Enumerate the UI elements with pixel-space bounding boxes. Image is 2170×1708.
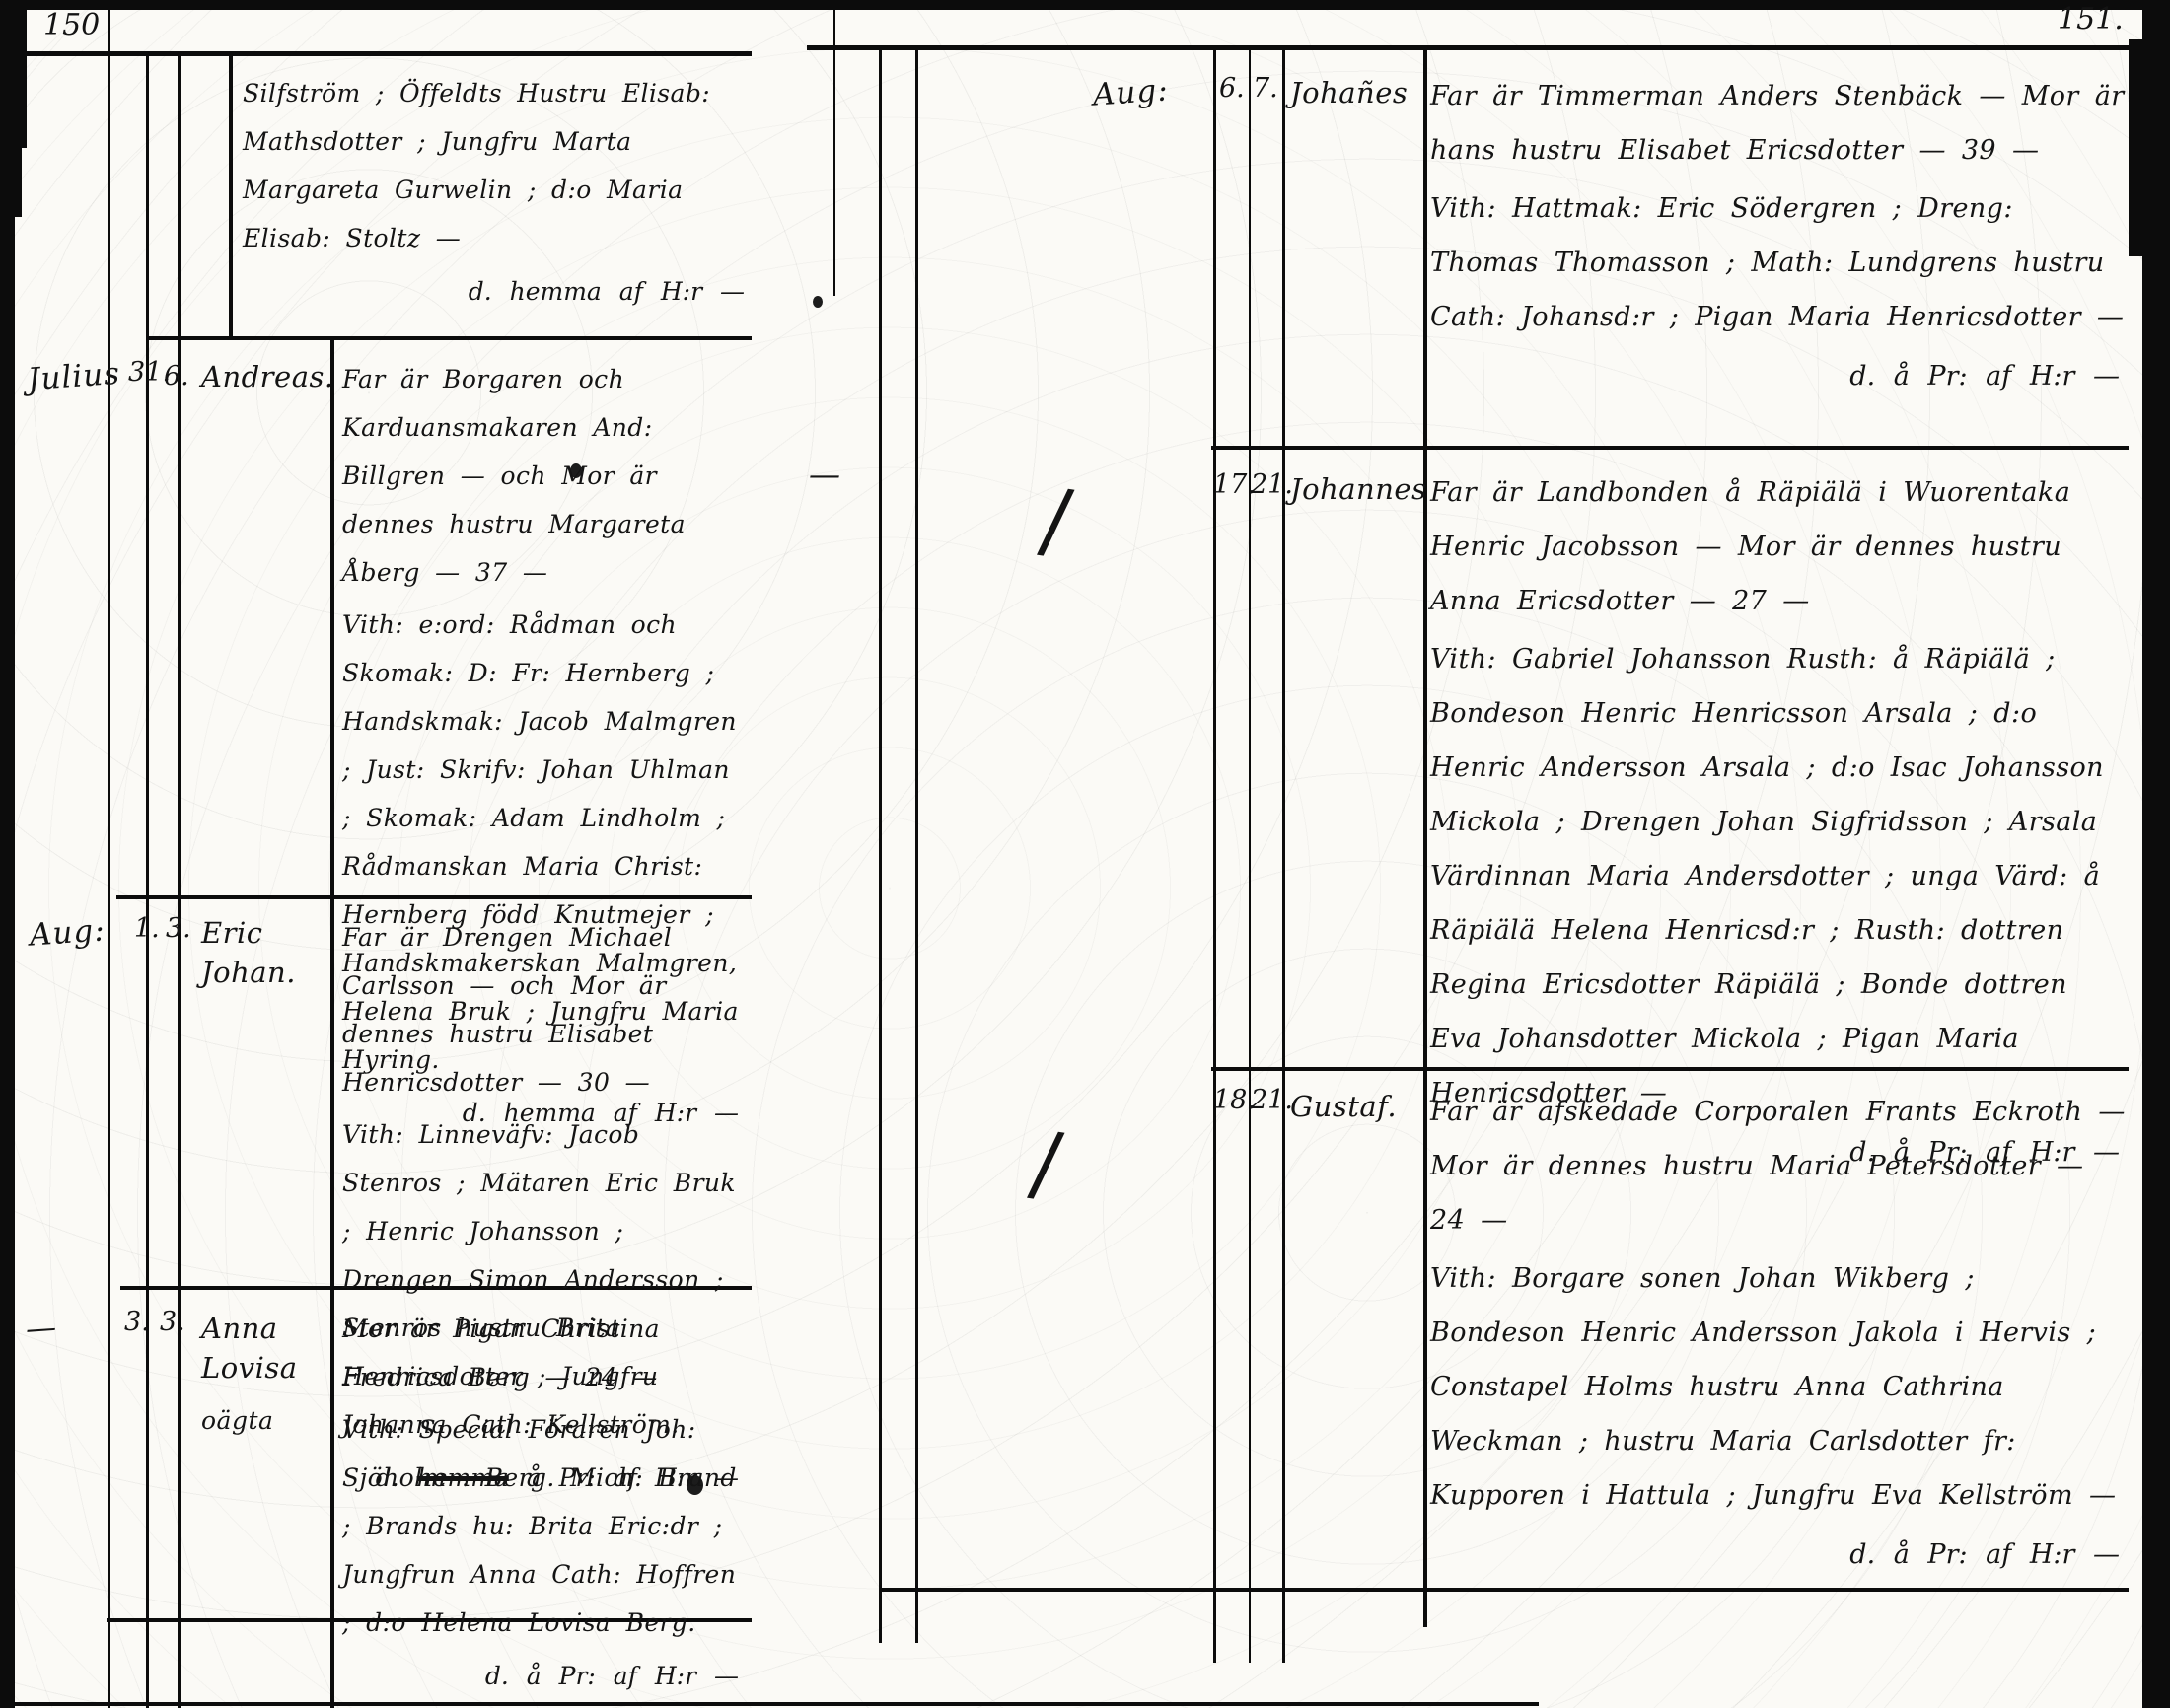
entry-parents: Far är afskedade Corporalen Frants Eckro… <box>1430 1085 2126 1247</box>
register-entry: — ∕ 17. 21. Johannes Far är Landbonden å… <box>807 456 2134 1067</box>
entry-month: Aug: <box>1092 72 1170 112</box>
entry-child-name: Johañes <box>1290 73 1423 126</box>
entry-baptism-day: 3. <box>160 1307 185 1337</box>
entry-child-name: Eric Johan. <box>201 913 339 1006</box>
entry-body: Far är Timmerman Anders Stenbäck — Mor ä… <box>1430 69 2126 405</box>
baptism-note: d. å Pr: af H:r — <box>1430 348 2126 405</box>
baptism-note: d. å Pr: af H:r — <box>342 1651 745 1702</box>
entry-baptism-day: 7. <box>1253 73 1278 104</box>
page-number-right: 151. <box>2058 2 2124 36</box>
entry-month: Julius <box>27 356 121 397</box>
scan-edge-left-blob2 <box>0 0 22 217</box>
entry-parents: Far är Landbonden å Räpiälä i Wuorentaka… <box>1430 465 2126 628</box>
entry-witnesses: Vith: Special Föraren Joh: Sjöholm . Ber… <box>342 1405 745 1647</box>
entry-witnesses: Vith: Borgare sonen Johan Wikberg ; Bond… <box>1430 1251 2126 1523</box>
scan-edge-left <box>0 0 15 1708</box>
entry-child-name: Anna Lovisa oägta <box>201 1309 339 1441</box>
entry-birth-day: 1. <box>134 913 160 944</box>
entry-child-name: Gustaf. <box>1290 1087 1423 1140</box>
entry-body: Mor är Pigan Christina Fredrica Berg — 2… <box>342 1305 745 1702</box>
register-entry: Aug: 1. 3. Eric Johan. Far är Drengen Mi… <box>20 905 752 1288</box>
scan-edge-top <box>0 0 2170 10</box>
entry-birth-day: 17. <box>1213 469 1256 500</box>
page-number-left: 150 <box>43 8 100 42</box>
entry-birth-day: 3. <box>124 1307 150 1337</box>
baptism-note: d. å Pr: af H:r — <box>1430 1527 2126 1584</box>
entry-child-name: Andreas. <box>201 357 339 410</box>
entry-parents: Far är Drengen Michael Carlsson — och Mo… <box>342 913 745 1106</box>
baptism-note: d. hemma af H:r — <box>243 266 751 318</box>
margin-check-mark: ∕ <box>1028 1132 1064 1194</box>
register-entry: Julius 31. 6. Andreas. Far är Borgaren o… <box>20 345 752 897</box>
entry-witnesses: Silfström ; Öffeldts Hustru Elisab: Math… <box>243 69 751 262</box>
register-entry: Silfström ; Öffeldts Hustru Elisab: Math… <box>20 59 752 340</box>
table-rule <box>807 45 2129 50</box>
table-rule <box>20 51 752 56</box>
entry-body: Far är Landbonden å Räpiälä i Wuorentaka… <box>1430 465 2126 1181</box>
scan-edge-right <box>2142 0 2170 1708</box>
entry-month: Aug: <box>29 912 107 953</box>
entry-parents: Far är Borgaren och Karduansmakaren And:… <box>342 355 745 597</box>
entry-child-name: Johannes <box>1290 469 1423 523</box>
entry-witnesses: Vith: Gabriel Johansson Rusth: å Räpiälä… <box>1430 632 2126 1120</box>
register-scan: 150 151. Silfström ; Öffeldts Hustru Eli… <box>0 0 2170 1708</box>
entry-baptism-day: 21. <box>1251 1085 1293 1115</box>
register-entry: — 3. 3. Anna Lovisa oägta Mor är Pigan C… <box>20 1297 752 1618</box>
margin-dash-mark: — <box>809 456 840 493</box>
entry-parents: Mor är Pigan Christina Fredrica Berg — 2… <box>342 1305 745 1401</box>
entry-birth-day: 6. <box>1219 73 1245 104</box>
entry-birth-day: 18. <box>1213 1085 1256 1115</box>
entry-baptism-day: 6. <box>164 361 189 391</box>
entry-body: Silfström ; Öffeldts Hustru Elisab: Math… <box>243 69 751 318</box>
entry-baptism-day: 3. <box>166 913 191 944</box>
entry-baptism-day: 21. <box>1251 469 1293 500</box>
entry-parents: Far är Timmerman Anders Stenbäck — Mor ä… <box>1430 69 2126 178</box>
register-entry: ∕ 18. 21. Gustaf. Far är afskedade Corpo… <box>807 1077 2134 1590</box>
entry-body: Far är afskedade Corporalen Frants Eckro… <box>1430 1085 2126 1584</box>
register-entry: Aug: 6. 7. Johañes Far är Timmerman Ande… <box>807 57 2134 447</box>
entry-month-mark: — <box>25 1310 58 1347</box>
margin-check-mark: ∕ <box>1038 489 1074 551</box>
scan-edge-bottom <box>0 1702 1539 1706</box>
entry-witnesses: Vith: Hattmak: Eric Södergren ; Dreng: T… <box>1430 181 2126 344</box>
